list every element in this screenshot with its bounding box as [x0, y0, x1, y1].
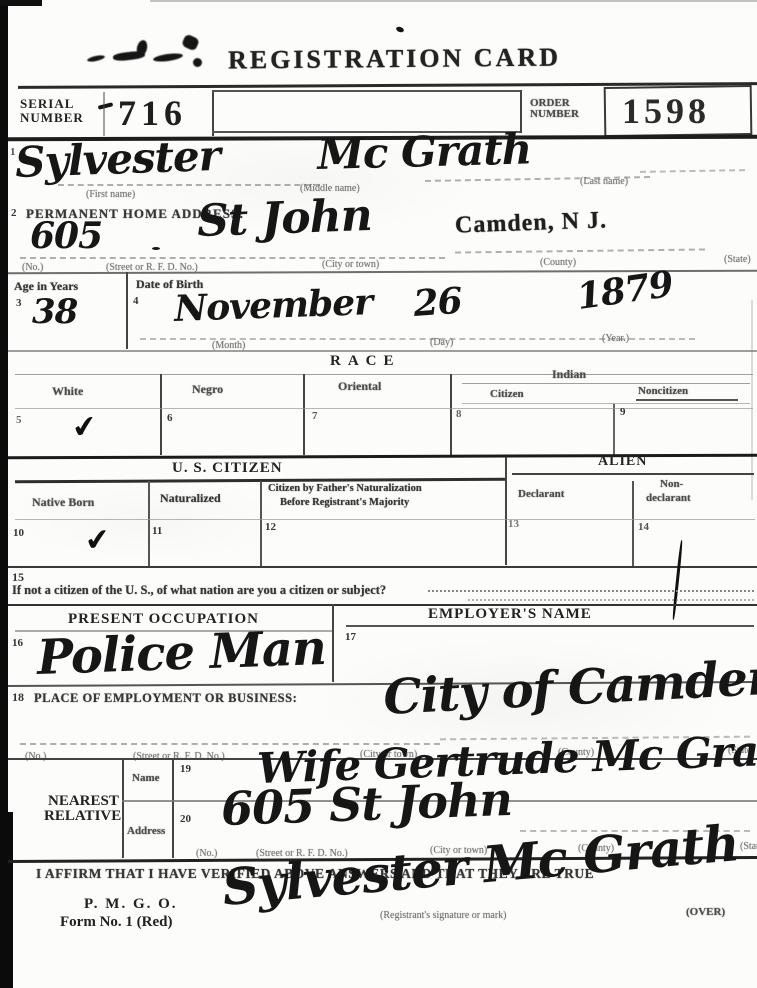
- nondeclarant-label-line2: declarant: [646, 492, 691, 504]
- over-label: (OVER): [686, 906, 725, 918]
- pen-squiggle: [98, 102, 114, 110]
- address-city-stamp: Camden, N J.: [455, 207, 608, 239]
- sub-label-state: (State): [724, 254, 751, 265]
- dob-month-handwriting: November: [174, 281, 373, 330]
- race-white-label: White: [52, 384, 83, 399]
- employer-header-underline: [346, 625, 754, 627]
- order-number-label: ORDER NUMBER: [530, 97, 579, 120]
- ink-smudge: [85, 32, 225, 82]
- race-indian-label: Indian: [552, 367, 586, 382]
- dob-cell-number: 4: [133, 295, 139, 307]
- employers-name-header: EMPLOYER'S NAME: [428, 606, 592, 623]
- citizen-cell-number: 13: [508, 518, 519, 530]
- ink-dot: [152, 247, 160, 250]
- scan-right-edge-line: [751, 300, 753, 500]
- scan-top-edge-line: [150, 0, 757, 2]
- middle-box-top-line: [212, 90, 520, 92]
- nondeclarant-label-line1: Non-: [660, 478, 683, 490]
- race-cell-number: 5: [16, 414, 22, 426]
- alien-header: ALIEN: [598, 454, 647, 470]
- address-row-number: 2: [11, 207, 17, 219]
- employment-label: PLACE OF EMPLOYMENT OR BUSINESS:: [34, 691, 297, 706]
- order-label-line2: NUMBER: [530, 108, 579, 120]
- form-number-label: Form No. 1 (Red): [60, 914, 172, 931]
- answer-dotted-line: [428, 590, 754, 592]
- race-oriental-label: Oriental: [338, 379, 381, 394]
- declarant-label: Declarant: [518, 488, 564, 500]
- sub-label-day: (Day): [430, 337, 453, 348]
- us-citizen-header: U. S. CITIZEN: [172, 460, 283, 477]
- section-rule: [8, 604, 757, 606]
- pmgo-label: P. M. G. O.: [84, 896, 178, 913]
- citizen-cell-number: 11: [152, 525, 162, 537]
- race-number-row-line: [15, 408, 753, 409]
- signature-sub-label: (Registrant's signature or mark): [380, 910, 507, 921]
- race-col-divider: [303, 374, 305, 455]
- employment-handwriting: City of Camden: [382, 649, 757, 726]
- serial-number-label: SERIAL NUMBER: [20, 96, 84, 126]
- race-noncitizen-label: Noncitizen: [638, 385, 688, 397]
- age-divider: [126, 272, 128, 349]
- citizen-number-row-line: [15, 519, 755, 520]
- ink-dot: [395, 26, 404, 33]
- citizen-col-divider: [148, 481, 150, 566]
- race-col-divider: [613, 404, 615, 455]
- relative-col-divider: [122, 758, 124, 858]
- sub-label-first-name: (First name): [86, 189, 135, 200]
- citizen-cell-number: 14: [638, 521, 649, 533]
- serial-number-value: 716: [118, 92, 187, 134]
- race-table-top-line: [15, 374, 753, 375]
- section-rule: [8, 350, 757, 352]
- citizen-cell-number: 10: [13, 527, 24, 539]
- relative-name-label: Name: [132, 772, 160, 784]
- nation-question: If not a citizen of the U. S., of what n…: [12, 583, 386, 598]
- race-col-divider: [450, 374, 452, 455]
- age-handwriting: 38: [32, 292, 77, 332]
- age-cell-number: 3: [16, 297, 22, 309]
- race-header: RACE: [330, 353, 401, 370]
- address-street-handwriting: St John: [196, 190, 372, 247]
- race-citizen-label: Citizen: [490, 388, 524, 400]
- occupation-divider: [332, 604, 334, 682]
- citizen-cell-number: 12: [265, 521, 276, 533]
- name-last-handwriting: Mc Grath: [317, 124, 532, 179]
- employer-cell-number: 17: [345, 631, 356, 643]
- middle-box-left-line: [212, 90, 214, 136]
- race-cell-number: 6: [167, 412, 173, 424]
- race-cell-number: 7: [312, 410, 318, 422]
- occupation-cell-number: 16: [12, 637, 23, 649]
- scan-left-edge-wide: [0, 812, 13, 988]
- order-number-value: 1598: [622, 90, 710, 132]
- alien-underline: [512, 473, 754, 475]
- race-cell-number: 8: [456, 408, 462, 420]
- registration-card-scan: REGISTRATION CARD SERIAL NUMBER 716 ORDE…: [0, 0, 757, 988]
- relative-address-number: 20: [180, 813, 191, 825]
- citizen-by-father-label-line2: Before Registrant's Majority: [280, 497, 409, 508]
- native-born-label: Native Born: [32, 495, 94, 510]
- relative-address-handwriting: 605 St John: [220, 772, 513, 836]
- sub-label-state: (State): [740, 841, 757, 852]
- relative-name-number: 19: [180, 763, 191, 775]
- name-first-handwriting: Sylvester: [14, 131, 220, 187]
- citizen-col-divider: [260, 481, 262, 566]
- serial-label-line2: NUMBER: [20, 110, 84, 126]
- address-line: [20, 257, 445, 259]
- pen-stroke: [672, 540, 683, 620]
- dob-day-handwriting: 26: [412, 280, 463, 325]
- relative-address-label: Address: [127, 825, 165, 837]
- citizen-bottom-rule: [8, 566, 757, 568]
- race-negro-label: Negro: [192, 382, 223, 397]
- sub-label-year: (Year.): [602, 333, 629, 344]
- race-subheader-line: [462, 403, 750, 404]
- relative-label-line2: RELATIVE: [44, 808, 121, 825]
- nearest-relative-label: NEAREST RELATIVE: [44, 793, 121, 825]
- sub-label-no: (No.): [25, 751, 46, 762]
- occupation-handwriting: Police Man: [36, 620, 327, 686]
- citizen-alien-divider: [505, 457, 507, 565]
- relative-col-divider: [172, 758, 174, 858]
- citizen-by-father-label-line1: Citizen by Father's Naturalization: [268, 483, 422, 494]
- sub-label-last-name: (Last name): [580, 176, 628, 187]
- citizen-col-divider: [632, 481, 634, 566]
- sub-label-street: (Street or R. F. D. No.): [133, 751, 225, 762]
- address-no-handwriting: 605: [30, 215, 102, 257]
- name-line: [58, 184, 320, 186]
- page-title: REGISTRATION CARD: [228, 43, 561, 76]
- name-line: [640, 169, 745, 173]
- scan-top-corner-mark: [0, 0, 42, 6]
- sub-label-county: (County): [540, 257, 576, 268]
- race-indian-underline: [462, 383, 750, 384]
- race-col-divider: [160, 374, 162, 455]
- employment-row-number: 18: [12, 690, 24, 705]
- naturalized-label: Naturalized: [160, 491, 221, 506]
- race-white-checkmark: ✔: [70, 408, 100, 446]
- sub-label-no: (No.): [196, 848, 217, 859]
- serial-box-line: [103, 92, 105, 136]
- address-line: [455, 248, 705, 253]
- native-born-checkmark: ✔: [83, 522, 112, 559]
- answer-dotted-line: [468, 599, 754, 601]
- sub-label-city: (City or town): [322, 259, 379, 270]
- race-cell-number: 9: [620, 406, 626, 418]
- race-noncitizen-underline: [636, 399, 738, 401]
